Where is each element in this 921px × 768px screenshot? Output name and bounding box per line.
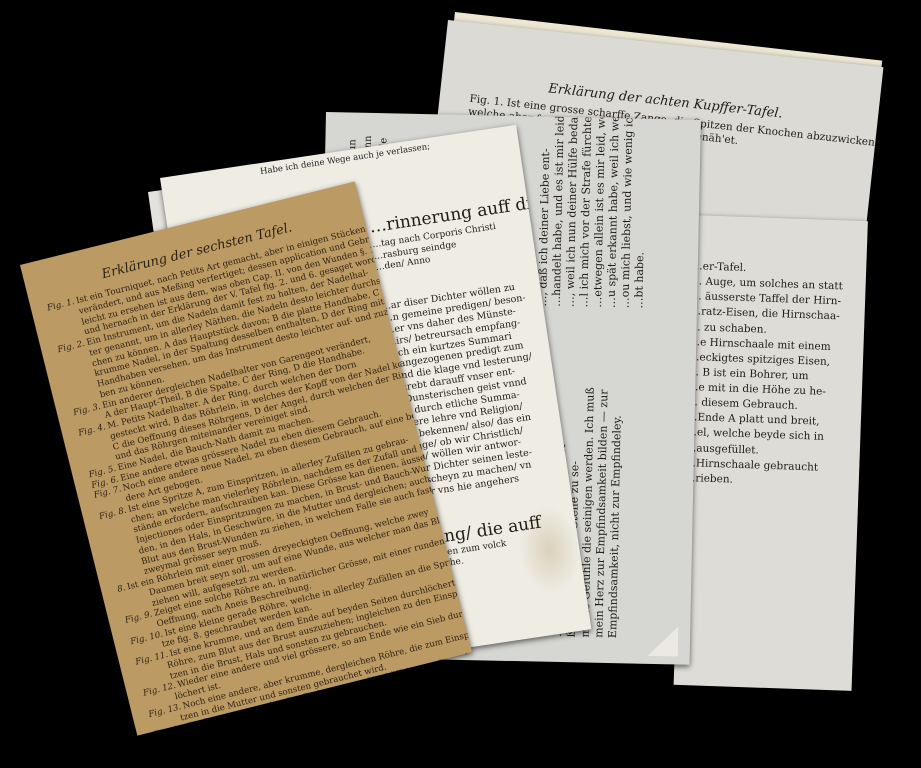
sheet-lines: …er-Tafel.… Auge, um solches an statt… ä… (685, 260, 863, 493)
sheet-achten-tafel-continued: …er-Tafel.… Auge, um solches an statt… ä… (674, 215, 868, 691)
figure-label: 8. (116, 583, 127, 595)
vertical-text-top: …, daß ich deiner Liebe ent-…handelt hab… (536, 136, 650, 308)
folded-corner (648, 626, 679, 657)
